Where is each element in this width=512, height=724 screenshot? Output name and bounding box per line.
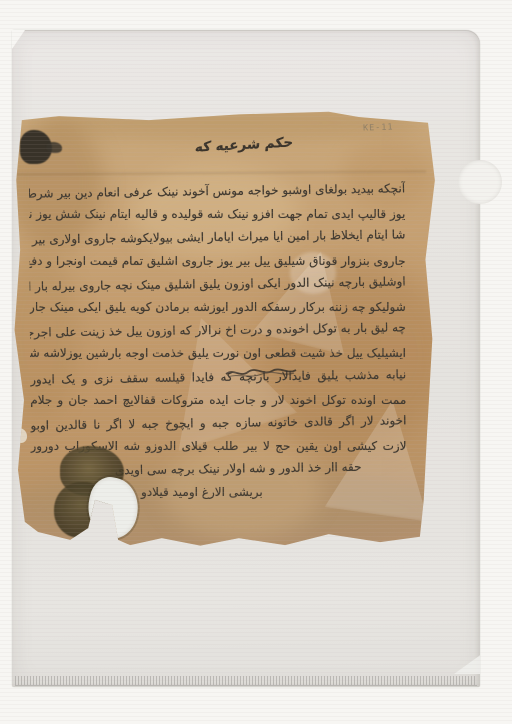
manuscript-line: ممت اونده توکل اخوند لار و جات ایده مترو… — [30, 389, 406, 412]
manuscript-line: جاروی بنزوار قوناق شیلیق ییل بیر یوز جار… — [30, 250, 406, 273]
sleeve-serrated-edge — [15, 676, 477, 686]
archive-code-label: KE-11 — [363, 122, 394, 133]
manuscript-line: ایشیلیک ییل خذ شیت قطعی اون نورت یلیق خذ… — [30, 342, 406, 365]
sleeve-thumb-notch — [458, 160, 502, 204]
ink-blot-stain — [46, 142, 62, 153]
manuscript-line: شا ایتام ایخلاظ بار امین ایا میراث ایاما… — [29, 224, 405, 252]
manuscript-line: چه لیق بار به توکل اخونده و درت اخ نرالا… — [30, 317, 406, 345]
manuscript-line: یوز قالیپ ایدی تمام جهت افزو نینک شه قول… — [29, 203, 405, 226]
manuscript-line: نیابه مذشب یلیق فایدالار بارنچه که فایدا… — [30, 363, 406, 391]
manuscript-line: آنچکه بیدید بولغای اوشبو خواجه مونس آخون… — [29, 177, 405, 205]
manuscript-line: شولیکو چه زننه برکار رسفکه الدور ایوزشه … — [30, 296, 406, 319]
manuscript-line: اخوند لار اگر قالدی خاتونه سازه جبه و ای… — [30, 409, 406, 437]
manuscript-line: اوشلیق بارچه نینک الدور ایکی اوزون یلیق … — [30, 270, 406, 298]
ink-scribble-strikethrough — [224, 362, 298, 382]
manuscript-paper: KE-11 حکم شرعیه که آنچکه بیدید بولغای او… — [12, 110, 440, 550]
